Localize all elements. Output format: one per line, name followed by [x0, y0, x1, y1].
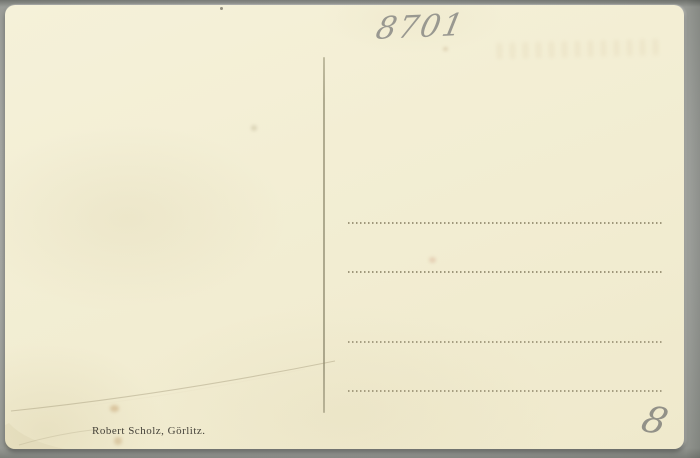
faded-ink-marks: [497, 39, 662, 59]
crease-lines: [5, 5, 684, 449]
address-dotted-line-3: [348, 341, 662, 343]
foxing-spot: [251, 125, 257, 131]
foxing-spot: [110, 405, 119, 412]
postcard-back: 8701 Robert Scholz, Görlitz. 8: [5, 5, 684, 449]
foxing-spot: [429, 257, 436, 263]
address-dotted-line-2: [348, 271, 662, 273]
address-dotted-line-4: [348, 390, 662, 392]
publisher-imprint: Robert Scholz, Görlitz.: [92, 425, 206, 437]
handwritten-code: 8701: [373, 7, 468, 47]
handwritten-mark: 8: [637, 397, 673, 443]
divider-line: [323, 57, 325, 413]
foxing-spot: [114, 437, 122, 445]
foxing-spot: [443, 47, 448, 51]
address-dotted-line-1: [348, 222, 662, 224]
scan-background: { "postcard": { "handwritten_code": "870…: [0, 0, 700, 458]
dust-speck: [220, 7, 223, 10]
